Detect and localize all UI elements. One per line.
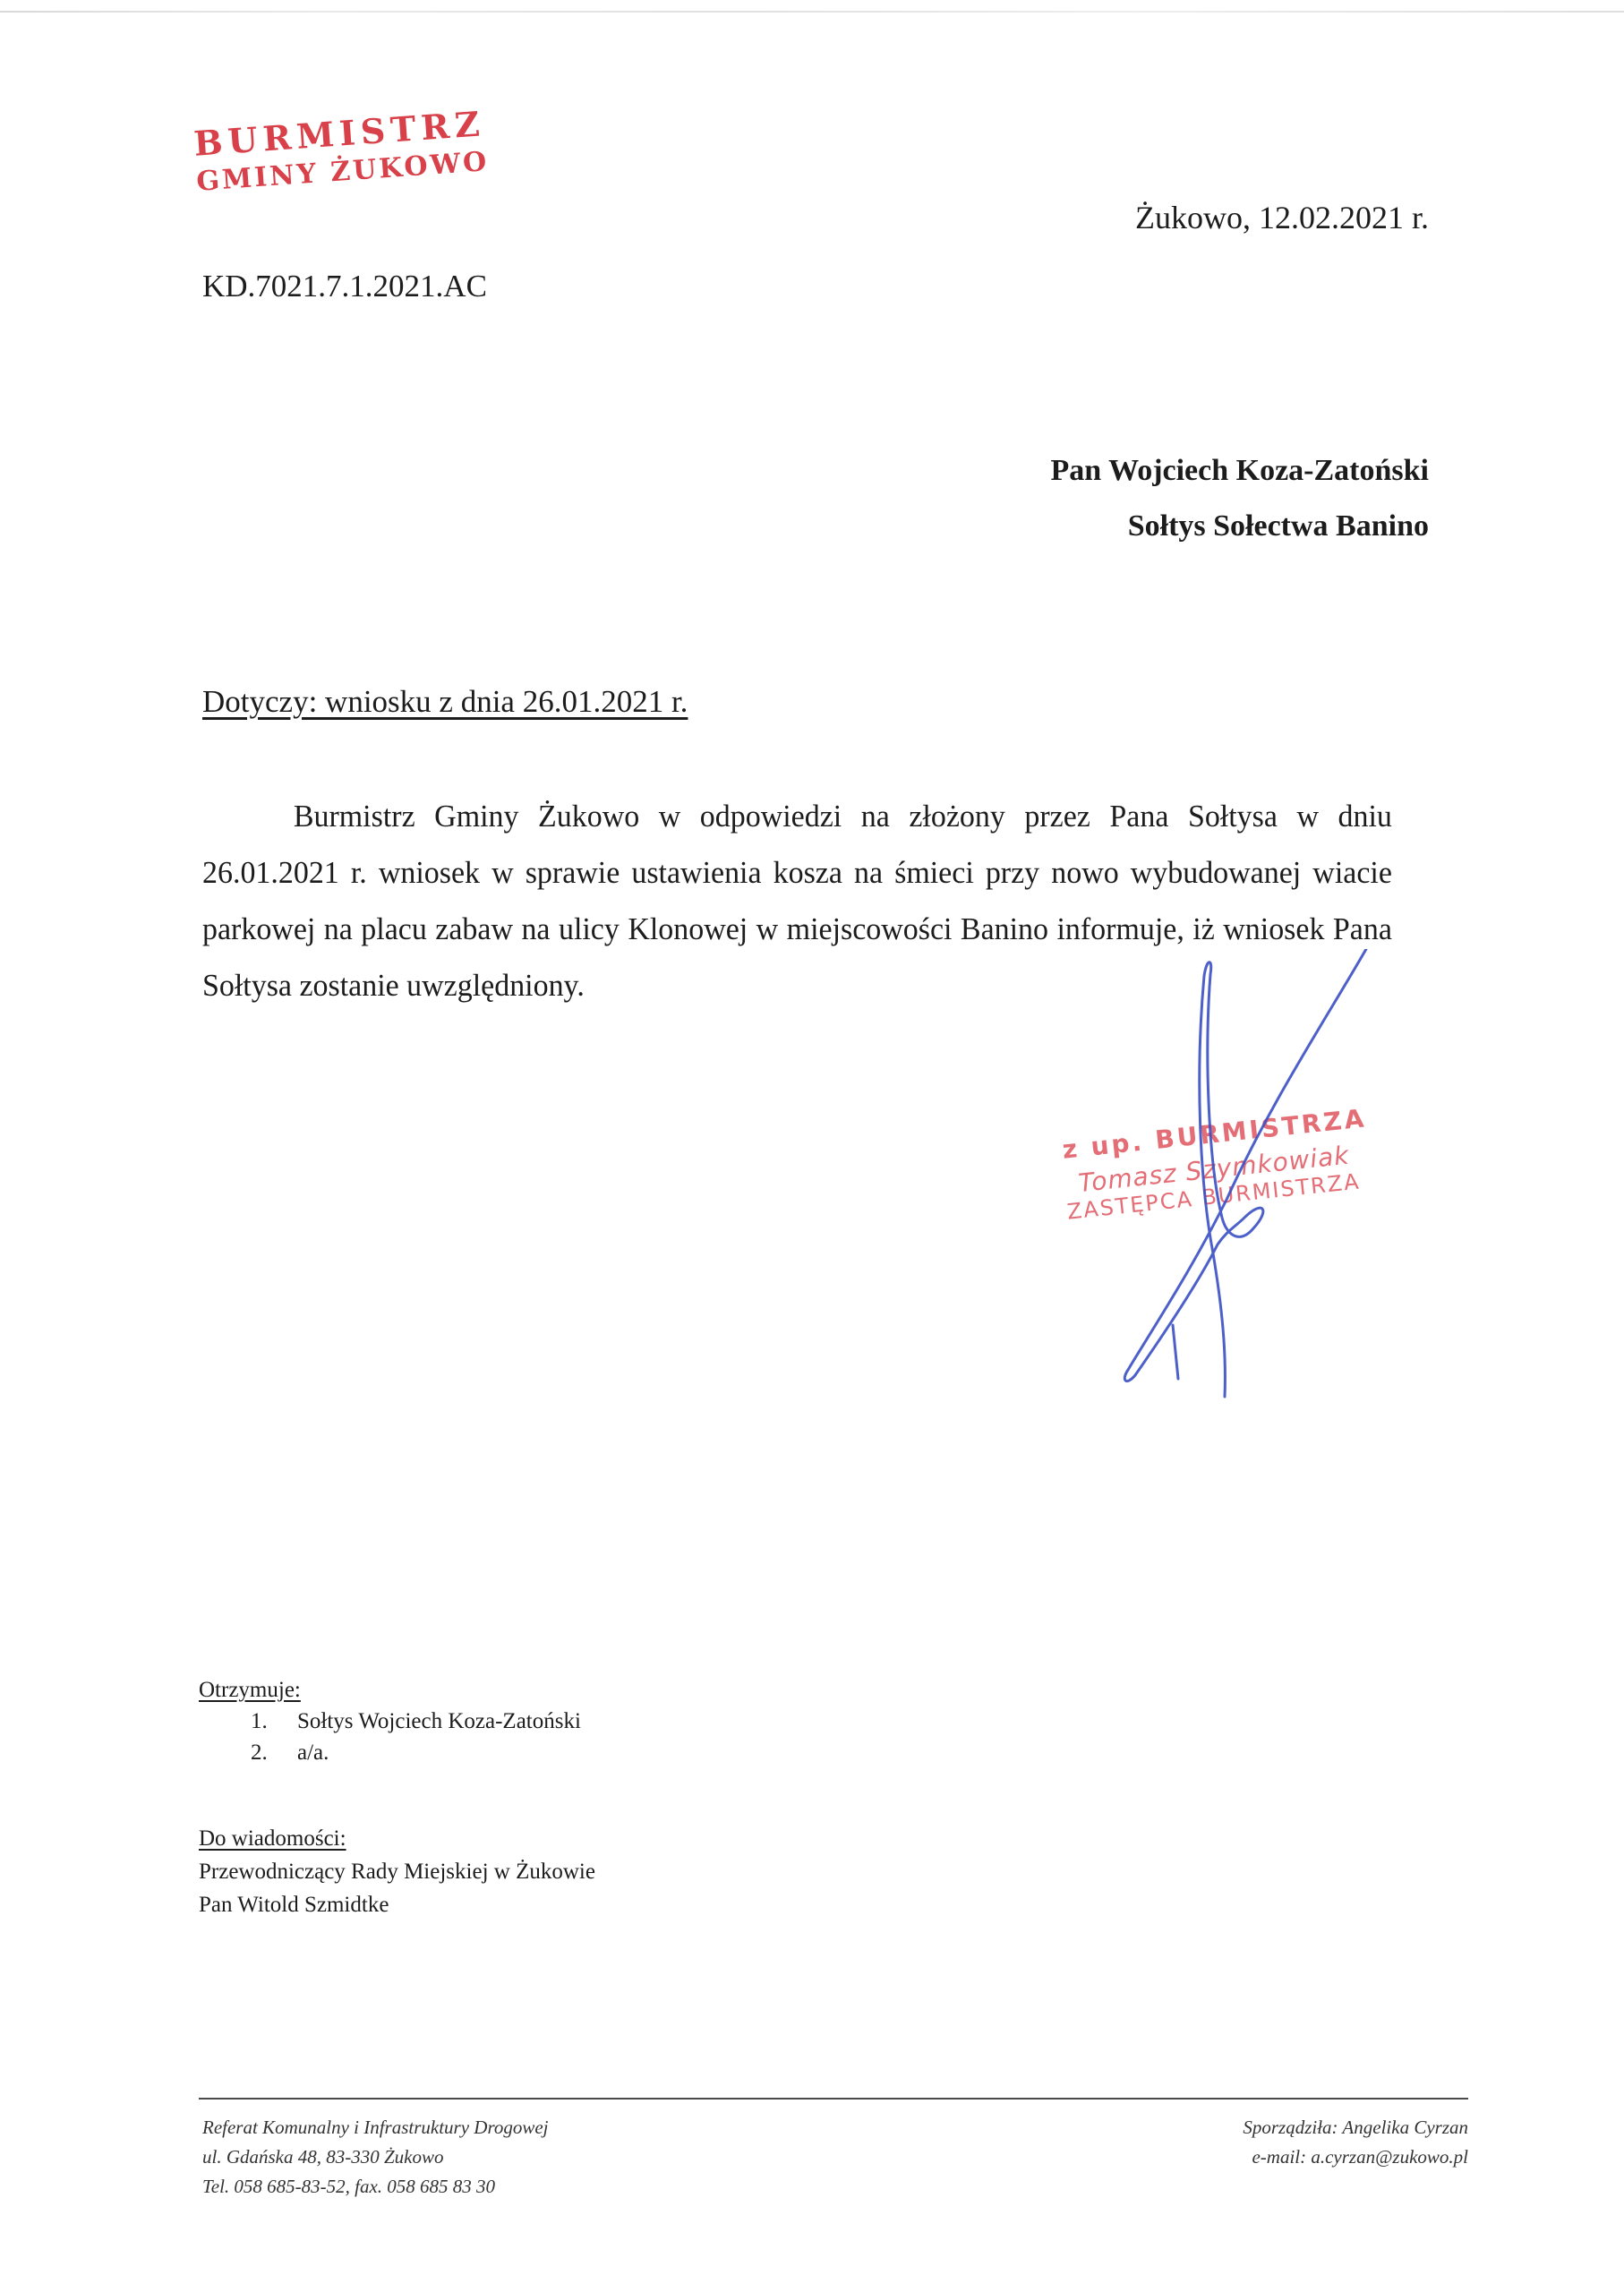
footer-prepared-by: Sporządziła: Angelika Cyrzan	[1243, 2113, 1468, 2142]
cc-line: Przewodniczący Rady Miejskiej w Żukowie	[199, 1855, 595, 1888]
letter-date: Żukowo, 12.02.2021 r.	[1135, 199, 1429, 236]
subject-line: Dotyczy: wniosku z dnia 26.01.2021 r.	[202, 684, 688, 720]
footer-phone: Tel. 058 685-83-52, fax. 058 685 83 30	[202, 2172, 549, 2202]
distribution-item: 2. a/a.	[199, 1737, 581, 1768]
scan-top-edge	[0, 11, 1624, 13]
distribution-item: 1. Sołtys Wojciech Koza-Zatoński	[199, 1706, 581, 1737]
footer-department-info: Referat Komunalny i Infrastruktury Drogo…	[202, 2113, 549, 2202]
footer-email: e-mail: a.cyrzan@zukowo.pl	[1243, 2142, 1468, 2172]
footer-divider	[199, 2098, 1468, 2100]
cc-label: Do wiadomości:	[199, 1822, 595, 1855]
footer-author-info: Sporządziła: Angelika Cyrzan e-mail: a.c…	[1243, 2113, 1468, 2172]
distribution-item-number: 2.	[251, 1737, 297, 1768]
footer-department: Referat Komunalny i Infrastruktury Drogo…	[202, 2113, 549, 2142]
issuer-stamp: BURMISTRZ GMINY ŻUKOWO	[192, 103, 490, 199]
distribution-item-number: 1.	[251, 1706, 297, 1737]
distribution-item-text: Sołtys Wojciech Koza-Zatoński	[297, 1706, 581, 1737]
handwritten-signature	[1056, 949, 1468, 1415]
recipient-title: Sołtys Sołectwa Banino	[1051, 499, 1430, 554]
distribution-list: Otrzymuje: 1. Sołtys Wojciech Koza-Zatoń…	[199, 1674, 581, 1768]
recipient-name: Pan Wojciech Koza-Zatoński	[1051, 443, 1430, 499]
footer-address: ul. Gdańska 48, 83-330 Żukowo	[202, 2142, 549, 2172]
recipient-block: Pan Wojciech Koza-Zatoński Sołtys Sołect…	[1051, 443, 1430, 554]
cc-block: Do wiadomości: Przewodniczący Rady Miejs…	[199, 1822, 595, 1921]
reference-number: KD.7021.7.1.2021.AC	[202, 269, 487, 304]
distribution-item-text: a/a.	[297, 1737, 329, 1768]
cc-line: Pan Witold Szmidtke	[199, 1888, 595, 1921]
distribution-label: Otrzymuje:	[199, 1674, 581, 1706]
